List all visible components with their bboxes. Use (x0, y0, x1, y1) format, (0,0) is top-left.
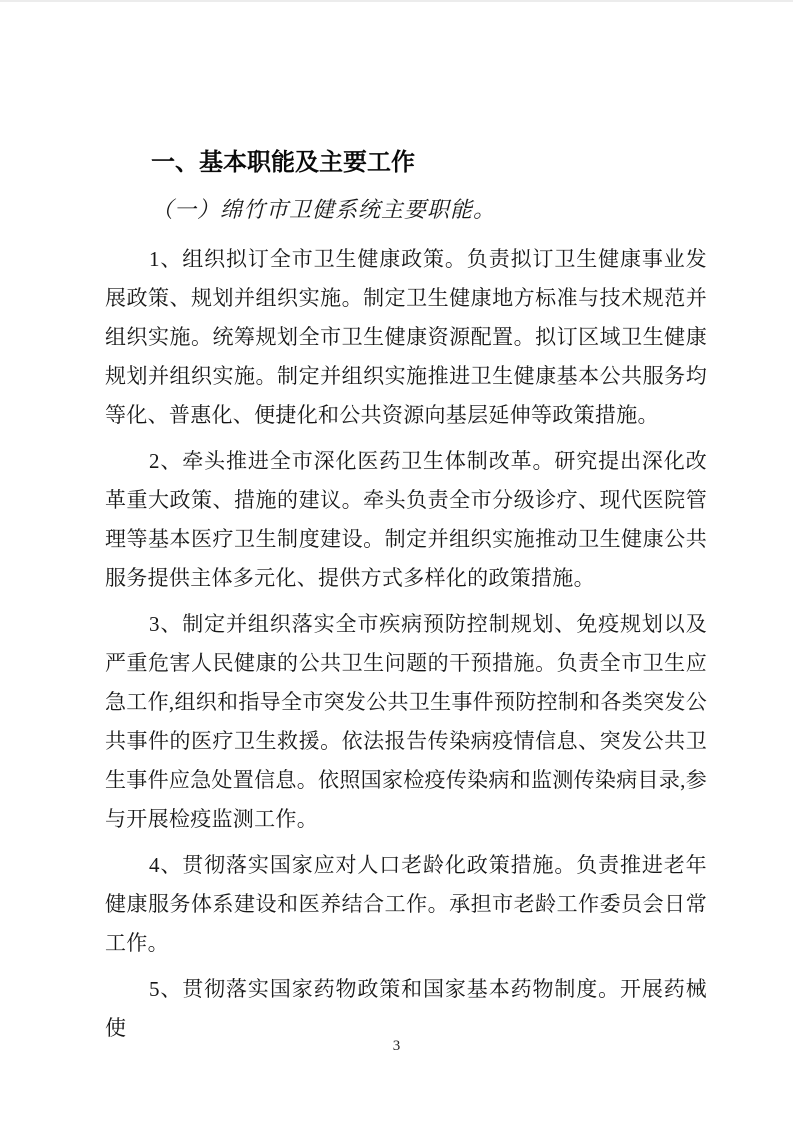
paragraph-3: 3、制定并组织落实全市疾病预防控制规划、免疫规划以及严重危害人民健康的公共卫生问… (105, 605, 707, 839)
paragraph-5: 5、贯彻落实国家药物政策和国家基本药物制度。开展药械使 (105, 970, 707, 1048)
section-heading: 一、基本职能及主要工作 (105, 148, 707, 178)
document-body: 一、基本职能及主要工作 （一）绵竹市卫健系统主要职能。 1、组织拟订全市卫生健康… (105, 148, 707, 1055)
document-page: 一、基本职能及主要工作 （一）绵竹市卫健系统主要职能。 1、组织拟订全市卫生健康… (0, 0, 793, 1122)
page-number: 3 (0, 1038, 793, 1055)
paragraph-2: 2、牵头推进全市深化医药卫生体制改革。研究提出深化改革重大政策、措施的建议。牵头… (105, 442, 707, 598)
paragraph-1: 1、组织拟订全市卫生健康政策。负责拟订卫生健康事业发展政策、规划并组织实施。制定… (105, 240, 707, 435)
subsection-heading: （一）绵竹市卫健系统主要职能。 (105, 195, 707, 225)
paragraph-4: 4、贯彻落实国家应对人口老龄化政策措施。负责推进老年健康服务体系建设和医养结合工… (105, 846, 707, 963)
scan-edge-artifact (0, 0, 793, 2)
